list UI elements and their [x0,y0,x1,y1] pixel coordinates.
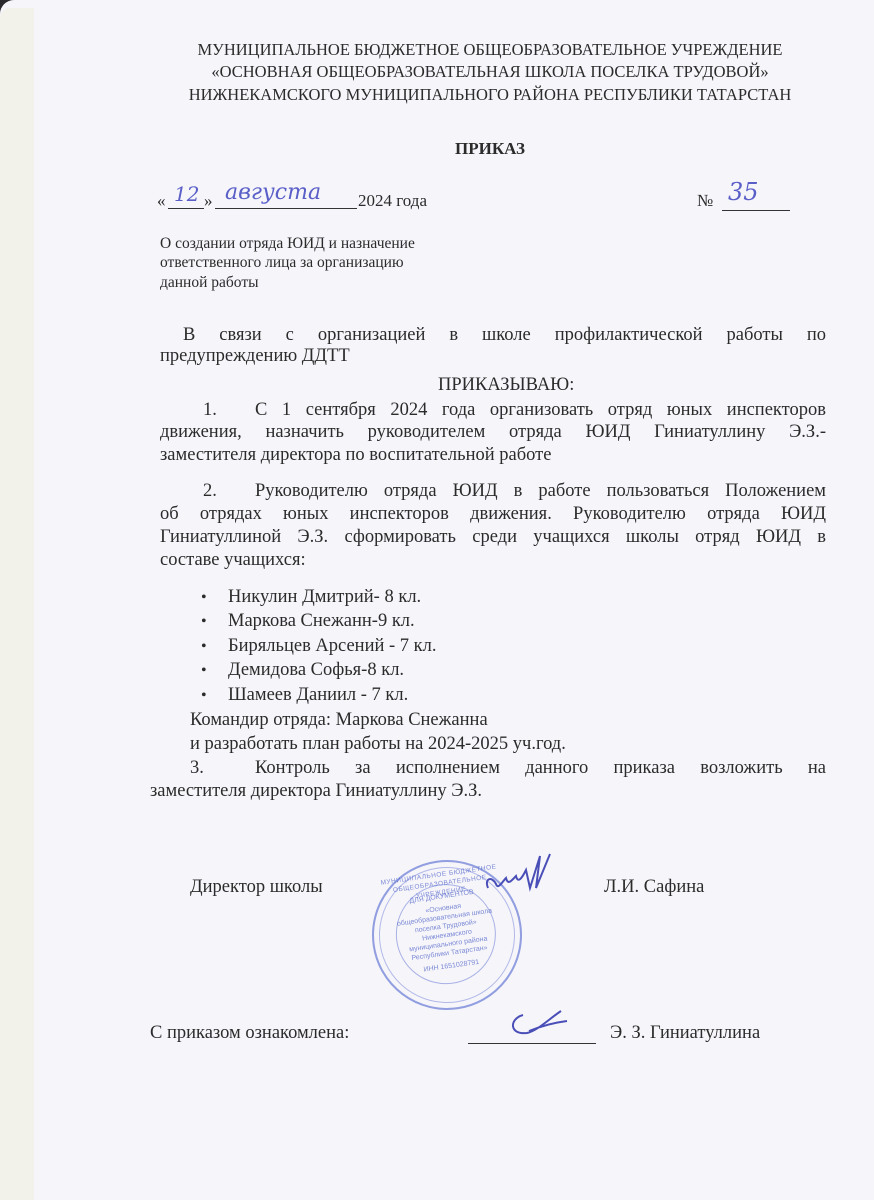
list-item: Никулин Дмитрий- 8 кл. [228,587,421,608]
preamble-line-2: предупреждению ДДТТ [160,346,350,367]
acknowledged-name: Э. З. Гиниатуллина [610,1023,760,1044]
acknowledged-label: С приказом ознакомлена: [150,1023,349,1044]
date-month: августа [225,180,321,205]
bullet-icon: • [201,589,207,607]
subject-line-1: О создании отряда ЮИД и назначение [160,235,415,253]
item-line: заместителя директора Гиниатуллину Э.З. [150,781,482,802]
item-number: 3. [190,758,204,779]
subject-line-2: ответственного лица за организацию [160,254,404,272]
date-open-quote: « [157,191,166,211]
bullet-icon: • [201,638,207,656]
order-word: ПРИКАЗЫВАЮ: [438,375,574,396]
list-item: Биряльцев Арсений - 7 кл. [228,636,437,657]
preamble-line-1: В связи с организацией в школе профилакт… [183,325,826,346]
item-line: заместителя директора по воспитательной … [160,445,551,466]
list-item: Маркова Снежанн-9 кл. [228,611,415,632]
item-line: Руководителю отряда ЮИД в работе пользов… [255,481,826,502]
page-edge [0,8,34,1200]
bullet-icon: • [201,613,207,631]
list-item: Шамеев Даниил - 7 кл. [228,685,408,706]
item-number: 1. [203,400,217,421]
bullet-icon: • [201,687,207,705]
director-signature-icon [478,848,558,908]
date-close-quote: » [204,191,213,211]
date-day-field: 12 [168,186,204,209]
number-label: № [697,191,713,211]
bullet-icon: • [201,662,207,680]
list-item: Демидова Софья-8 кл. [228,660,404,681]
item-line: движения, назначить руководителем отряда… [160,422,826,443]
director-name: Л.И. Сафина [604,877,704,898]
header-line-2: «ОСНОВНАЯ ОБЩЕОБРАЗОВАТЕЛЬНАЯ ШКОЛА ПОСЕ… [150,62,830,82]
item-line: Гиниатуллиной Э.З. сформировать среди уч… [160,527,826,548]
number-field: 35 [722,186,790,211]
acknowledged-signature-icon [505,1005,575,1041]
header-line-3: НИЖНЕКАМСКОГО МУНИЦИПАЛЬНОГО РАЙОНА РЕСП… [150,85,830,105]
item-number: 2. [203,481,217,502]
header-line-1: МУНИЦИПАЛЬНОЕ БЮДЖЕТНОЕ ОБЩЕОБРАЗОВАТЕЛЬ… [150,40,830,60]
subject-line-3: данной работы [160,274,259,292]
document-title: ПРИКАЗ [150,139,830,159]
number-value: 35 [728,178,759,206]
director-label: Директор школы [190,877,323,898]
plan-line: и разработать план работы на 2024-2025 у… [190,734,566,755]
commander: Командир отряда: Маркова Снежанна [190,710,488,731]
item-line: С 1 сентября 2024 года организовать отря… [255,400,826,421]
item-line: об отрядах юных инспекторов движения. Ру… [160,504,826,525]
date-year: 2024 года [358,191,427,211]
date-day: 12 [174,182,199,206]
date-month-field: августа [215,186,357,209]
item-line: Контроль за исполнением данного приказа … [255,758,826,779]
item-line: составе учащихся: [160,550,306,571]
document-page: МУНИЦИПАЛЬНОЕ БЮДЖЕТНОЕ ОБЩЕОБРАЗОВАТЕЛЬ… [0,0,874,1200]
